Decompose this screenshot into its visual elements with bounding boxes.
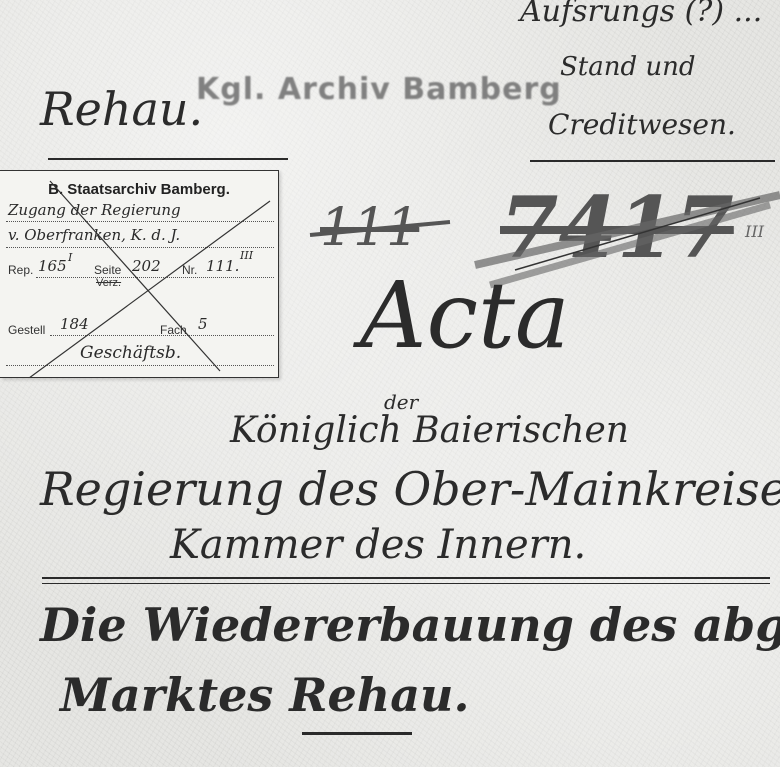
authority-line-2: Regierung des Ober-Mainkreises [40,462,780,516]
section-divider-top [42,577,770,579]
authority-line-3: Kammer des Innern. [170,522,586,568]
cancel-cross-mark [0,171,278,377]
subject-line-2: Marktes Rehau. [60,668,469,722]
place-underline [48,158,288,160]
archive-stamp: Kgl. Archiv Bamberg [196,72,562,107]
rehau-underline [302,732,412,735]
authority-line-1: Königlich Baierischen [230,410,629,451]
subject-line-1: Die Wiedererbauung des abgebrannten [40,598,780,652]
annotation-line-2: Stand und [560,52,696,82]
document-title: Acta [360,262,570,369]
annotation-divider [530,160,775,162]
annotation-line-1: Aufsrungs (?) ... [520,0,762,29]
section-divider-bottom [42,583,770,584]
annotation-line-3: Creditwesen. [548,108,736,141]
archive-label-card: B. Staatsarchiv Bamberg. Zugang der Regi… [0,170,279,378]
place-heading: Rehau. [40,82,203,136]
document-page: Aufsrungs (?) ... Stand und Creditwesen.… [0,0,780,767]
